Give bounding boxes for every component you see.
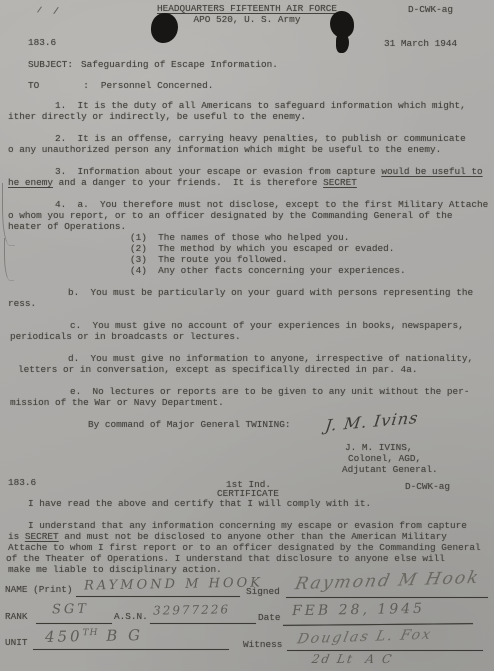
date-line: 31 March 1944 [384,38,457,49]
unit-value: 450TH B G [45,626,143,646]
subject-value: Safeguarding of Escape Information. [81,59,278,70]
witness-label: Witness [243,639,282,650]
para4b-line1: b. You must be particularly on your guar… [68,287,473,298]
cert-line3: Attache to whom I first report or to an … [8,542,481,553]
rank-field-line [36,623,112,624]
para4e-line2: mission of the War or Navy Department. [10,397,224,408]
para3-line2-plain: and a danger to your friends. It is ther… [53,177,323,188]
by-command-line: By command of Major General TWINING: [88,419,291,430]
para3-line1: 3. Information about your escape or evas… [55,166,483,177]
signer-name: J. M. IVINS, [345,442,413,453]
comply-line: I have read the above and certify that I… [28,498,371,509]
cert-line2: is SECRET and must not be disclosed to a… [8,531,447,542]
para4-line2: o whom you report, or to an officer desi… [8,210,452,221]
to-colon: : [83,80,89,91]
rank-label: RANK [5,611,28,622]
para2-line2: o any unauthorized person any informatio… [8,144,441,155]
to-line: TO:Personnel Concerned. [28,80,213,91]
name-label: NAME (Print) [5,584,73,595]
cert-line4: of the Theater of Operations. I understa… [6,553,445,564]
unit-value-num: 450 [45,627,83,646]
cert-line5: make me liable to disciplinary action. [8,564,222,575]
para3-line2-underlined: he enemy [8,177,53,188]
para2-line1: 2. It is an offense, carrying heavy pena… [55,133,466,144]
unit-field-line [33,649,229,650]
para4-item-2: (2) The method by which you escaped or e… [130,243,394,254]
cert-secret: SECRET [25,531,59,542]
signed-signature: Raymond M Hook [293,568,482,594]
fold-mark-2 [4,238,14,281]
file-number-ind: 183.6 [8,477,36,488]
file-number-top: 183.6 [28,37,56,48]
para4b-line2: ress. [8,298,36,309]
date-value: FEB 28, 1945 [292,601,425,619]
para4-line3: heater of Operations. [8,221,126,232]
subject-label: SUBJECT: [28,59,73,70]
ink-blot-left [151,13,178,43]
para4d-line1: d. You must give no information to anyon… [68,353,473,364]
name-print-value: RAYMOND M HOOK [84,575,263,593]
to-value: Personnel Concerned. [101,80,214,91]
subject-line: SUBJECT:Safeguarding of Escape Informati… [28,59,278,70]
para4c-line1: c. You must give no account of your expe… [70,320,464,331]
para3-line2: he enemy and a danger to your friends. I… [8,177,357,188]
para1-line2: ither directly or indirectly, be useful … [8,111,306,122]
date-label: Date [258,612,281,623]
para3-line1-plain: 3. Information about your escape or evas… [55,166,381,177]
para4-item-3: (3) The route you followed. [130,254,288,265]
office-symbol-ind: D-CWK-ag [405,481,450,492]
asn-value: 32977226 [153,602,230,617]
unit-label: UNIT [5,637,28,648]
asn-label: A.S.N. [114,611,148,622]
document-scan: HEADQUARTERS FIFTEENTH AIR FORCE APO 520… [0,0,494,671]
para1-line1: 1. It is the duty of all Americans to sa… [55,100,466,111]
para4c-line2: periodicals or in broadcasts or lectures… [10,331,241,342]
rank-value: SGT [52,602,89,618]
witness-field-line [287,650,483,651]
date-field-line [283,623,473,626]
witness-signature: Douglas L. Fox [296,627,434,648]
para4-item-4: (4) Any other facts concerning your expe… [130,265,406,276]
office-symbol-top: D-CWK-ag [408,4,453,15]
signed-label: Signed [246,586,280,597]
witness-rank-value: 2d Lt A C [311,652,395,666]
cert-line2-pre: is [8,531,25,542]
para3-secret: SECRET [323,177,357,188]
ink-blot-right-drip [336,33,349,53]
name-field-line [76,596,240,597]
para4-line1: 4. a. You therefore must not disclose, e… [55,199,488,210]
cert-line2-post: and must not be disclosed to anyone othe… [59,531,447,542]
asn-field-line [150,623,256,624]
signed-field-line [286,597,488,598]
ivins-signature: J. M. Ivins [324,408,420,435]
signer-rank: Colonel, AGD, [348,453,421,464]
para4-item-1: (1) The names of those who helped you. [130,232,349,243]
para4d-line2: letters or in conversation, except as sp… [18,364,417,375]
para3-line1-underlined: would be useful to [381,166,482,177]
signer-title: Adjutant General. [342,464,438,475]
para4e-line1: e. No lectures or reports are to be give… [70,386,469,397]
unit-value-sup: TH [83,628,99,638]
header-apo: APO 520, U. S. Army [0,14,494,25]
to-label: TO [28,80,39,91]
cert-line1: I understand that any information concer… [28,520,467,531]
unit-value-rest: B G [98,626,143,645]
